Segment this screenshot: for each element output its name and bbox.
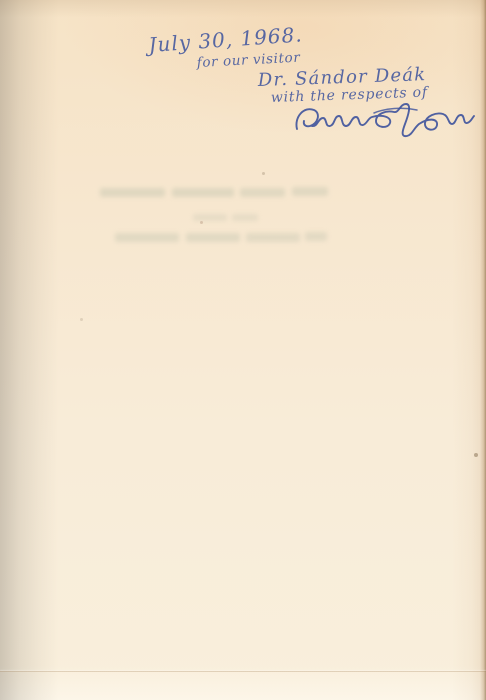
page-edge-shadow (480, 0, 486, 700)
page-bottom-crease (0, 671, 486, 672)
signature-flourish (296, 104, 474, 136)
book-flyleaf-page: July 30, 1968. for our visitor Dr. Sándo… (0, 0, 486, 700)
handwritten-inscription: July 30, 1968. for our visitor Dr. Sándo… (0, 0, 486, 700)
inscription-dedication: for our visitor (195, 50, 301, 72)
